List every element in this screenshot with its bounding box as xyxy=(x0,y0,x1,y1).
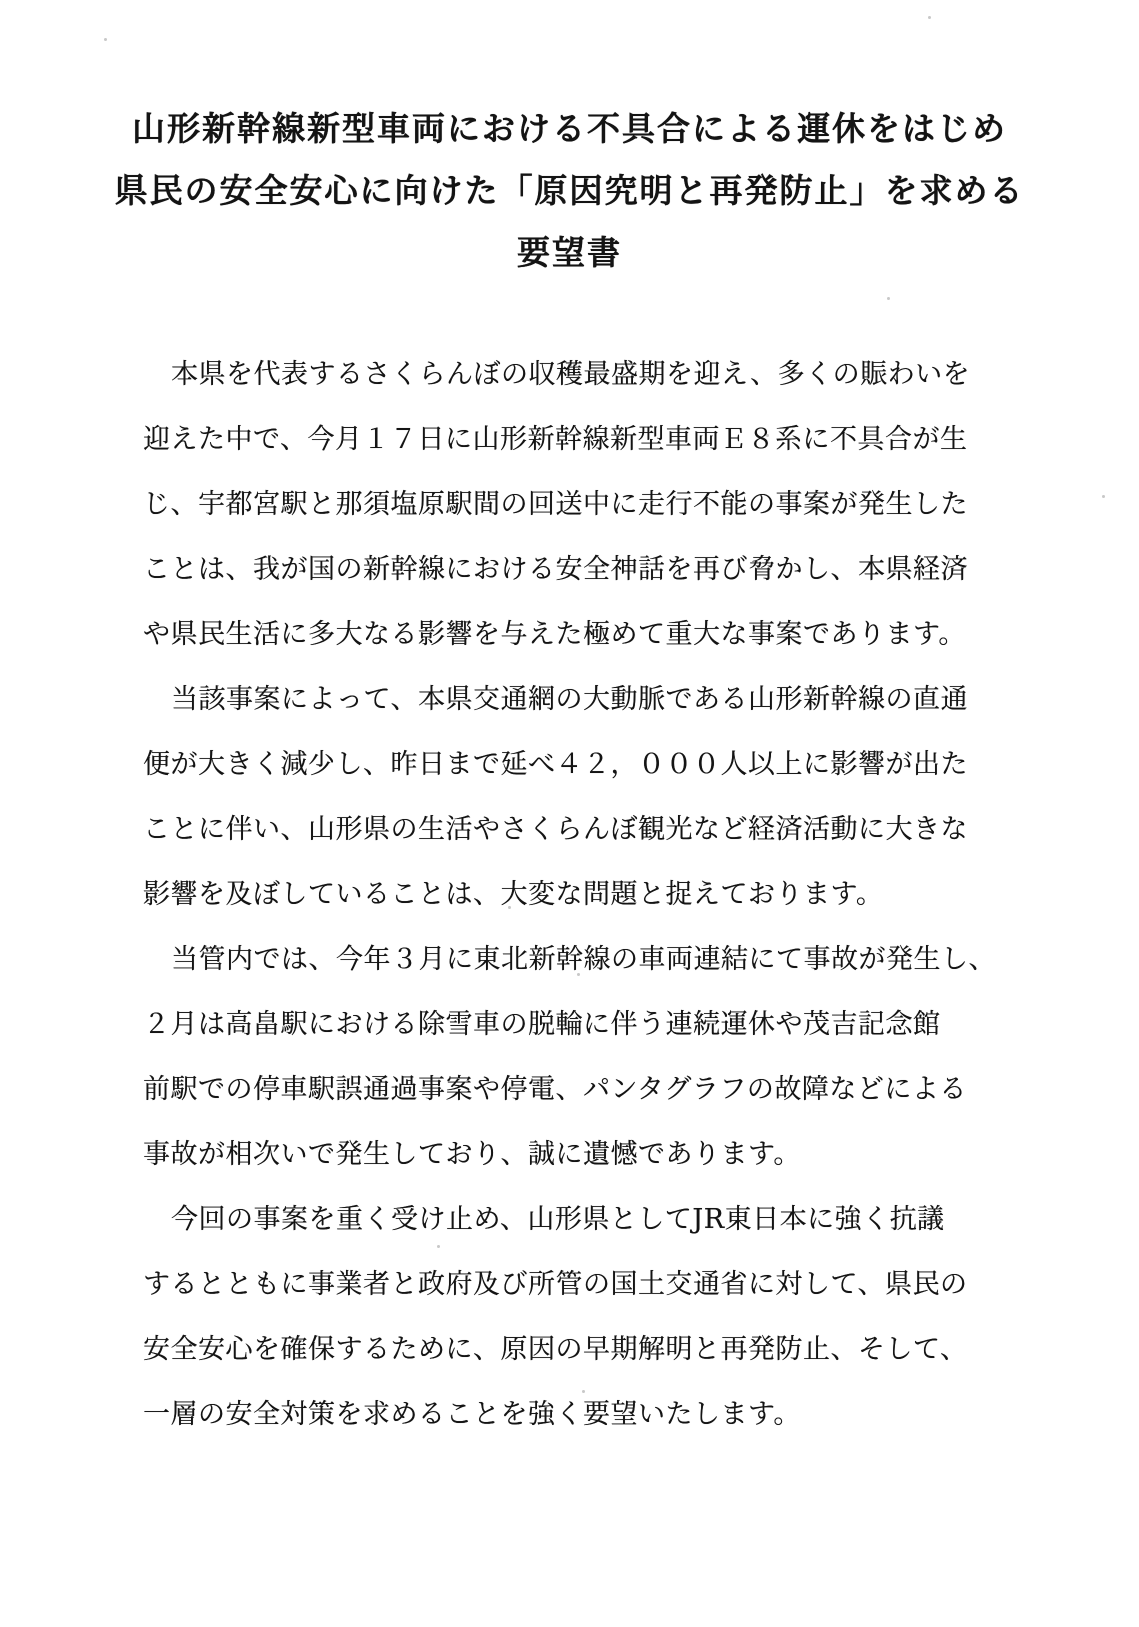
scan-speckle xyxy=(582,1390,585,1393)
scan-speckle xyxy=(104,38,107,41)
body-line: 一層の安全対策を求めることを強く要望いたします。 xyxy=(143,1382,993,1447)
document-title: 山形新幹線新型車両における不具合による運休をはじめ 県民の安全安心に向けた「原因… xyxy=(0,98,1139,284)
body-line: 前駅での停車駅誤通過事案や停電、パンタグラフの故障などによる xyxy=(143,1057,993,1122)
title-line-1: 山形新幹線新型車両における不具合による運休をはじめ xyxy=(0,98,1139,160)
body-line: ことは、我が国の新幹線における安全神話を再び脅かし、本県経済 xyxy=(143,537,993,602)
scan-speckle xyxy=(508,906,511,909)
body-line: 影響を及ぼしていることは、大変な問題と捉えております。 xyxy=(143,862,993,927)
body-line: じ、宇都宮駅と那須塩原駅間の回送中に走行不能の事案が発生した xyxy=(143,472,993,537)
body-line: 安全安心を確保するために、原因の早期解明と再発防止、そして、 xyxy=(143,1317,993,1382)
title-line-2: 県民の安全安心に向けた「原因究明と再発防止」を求める xyxy=(0,160,1139,222)
body-line: や県民生活に多大なる影響を与えた極めて重大な事案であります。 xyxy=(143,602,993,667)
body-line: 当該事案によって、本県交通網の大動脈である山形新幹線の直通 xyxy=(143,667,993,732)
scan-speckle xyxy=(887,297,890,300)
scan-speckle xyxy=(577,973,580,976)
body-line: 迎えた中で、今月１７日に山形新幹線新型車両Ｅ８系に不具合が生 xyxy=(143,407,993,472)
body-line: するとともに事業者と政府及び所管の国土交通省に対して、県民の xyxy=(143,1252,993,1317)
body-line: ことに伴い、山形県の生活やさくらんぼ観光など経済活動に大きな xyxy=(143,797,993,862)
scan-speckle xyxy=(766,434,769,437)
body-line: 便が大きく減少し、昨日まで延べ４２，０００人以上に影響が出た xyxy=(143,732,993,797)
scan-speckle xyxy=(928,16,931,19)
scan-speckle xyxy=(437,1245,440,1248)
body-line: 事故が相次いで発生しており、誠に遺憾であります。 xyxy=(143,1122,993,1187)
document-body: 本県を代表するさくらんぼの収穫最盛期を迎え、多くの賑わいを 迎えた中で、今月１７… xyxy=(143,342,993,1447)
scan-speckle xyxy=(1102,495,1105,498)
body-line: 本県を代表するさくらんぼの収穫最盛期を迎え、多くの賑わいを xyxy=(143,342,993,407)
title-line-3: 要望書 xyxy=(0,222,1139,284)
scanned-document-page: 山形新幹線新型車両における不具合による運休をはじめ 県民の安全安心に向けた「原因… xyxy=(0,0,1139,1627)
body-line: ２月は高畠駅における除雪車の脱輪に伴う連続運休や茂吉記念館 xyxy=(143,992,993,1057)
body-line: 今回の事案を重く受け止め、山形県としてJR東日本に強く抗議 xyxy=(143,1187,993,1252)
body-line: 当管内では、今年３月に東北新幹線の車両連結にて事故が発生し、 xyxy=(143,927,993,992)
